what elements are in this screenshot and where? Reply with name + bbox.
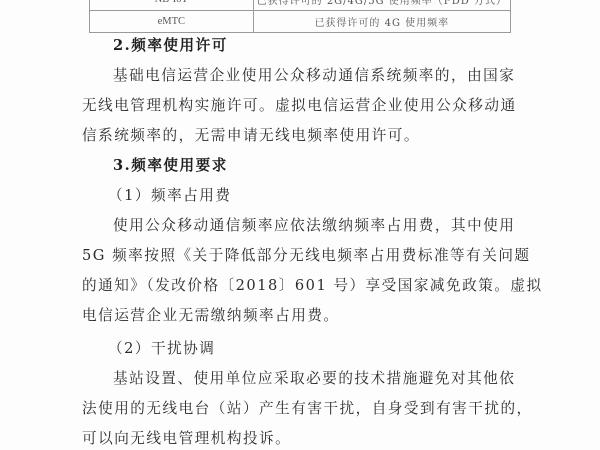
table-cell-tech: NB-IoT — [90, 0, 254, 11]
subsection-2-heading: （2）干扰协调 — [108, 339, 548, 359]
paragraph-line: 信系统频率的，无需申请无线电频率使用许可。 — [82, 126, 522, 146]
section-2-heading: 2.频率使用许可 — [113, 36, 553, 56]
paragraph-line: 基站设置、使用单位应采取必要的技术措施避免对其他依 — [113, 369, 553, 389]
frequency-table: NB-IoT 已获得许可的 2G/4G/5G 使用频率（FDD 方式） eMTC… — [89, 0, 511, 33]
paragraph-line: 法使用的无线电台（站）产生有害干扰，自身受到有害干扰的， — [82, 399, 522, 419]
section-3-heading: 3.频率使用要求 — [113, 156, 553, 176]
table-cell-tech: eMTC — [90, 11, 254, 33]
table-row: eMTC 已获得许可的 4G 使用频率 — [90, 11, 511, 33]
table-cell-frequency: 已获得许可的 2G/4G/5G 使用频率（FDD 方式） — [253, 0, 510, 11]
table-row: NB-IoT 已获得许可的 2G/4G/5G 使用频率（FDD 方式） — [90, 0, 511, 11]
paragraph-line: 无线电管理机构实施许可。虚拟电信运营企业使用公众移动通 — [82, 96, 522, 116]
subsection-1-heading: （1）频率占用费 — [108, 186, 548, 206]
document-page: NB-IoT 已获得许可的 2G/4G/5G 使用频率（FDD 方式） eMTC… — [0, 0, 600, 450]
paragraph-line: 基础电信运营企业使用公众移动通信系统频率的，由国家 — [113, 66, 553, 86]
paragraph-line: 可以向无线电管理机构投诉。 — [82, 429, 522, 449]
paragraph-line: 5G 频率按照《关于降低部分无线电频率占用费标准等有关问题 — [82, 246, 522, 266]
paragraph-line: 的通知》（发改价格〔2018〕601 号）享受国家减免政策。虚拟 — [82, 276, 522, 296]
paragraph-line: 电信运营企业无需缴纳频率占用费。 — [82, 306, 522, 326]
paragraph-line: 使用公众移动通信频率应依法缴纳频率占用费，其中使用 — [113, 216, 553, 236]
table-cell-frequency: 已获得许可的 4G 使用频率 — [253, 11, 510, 33]
